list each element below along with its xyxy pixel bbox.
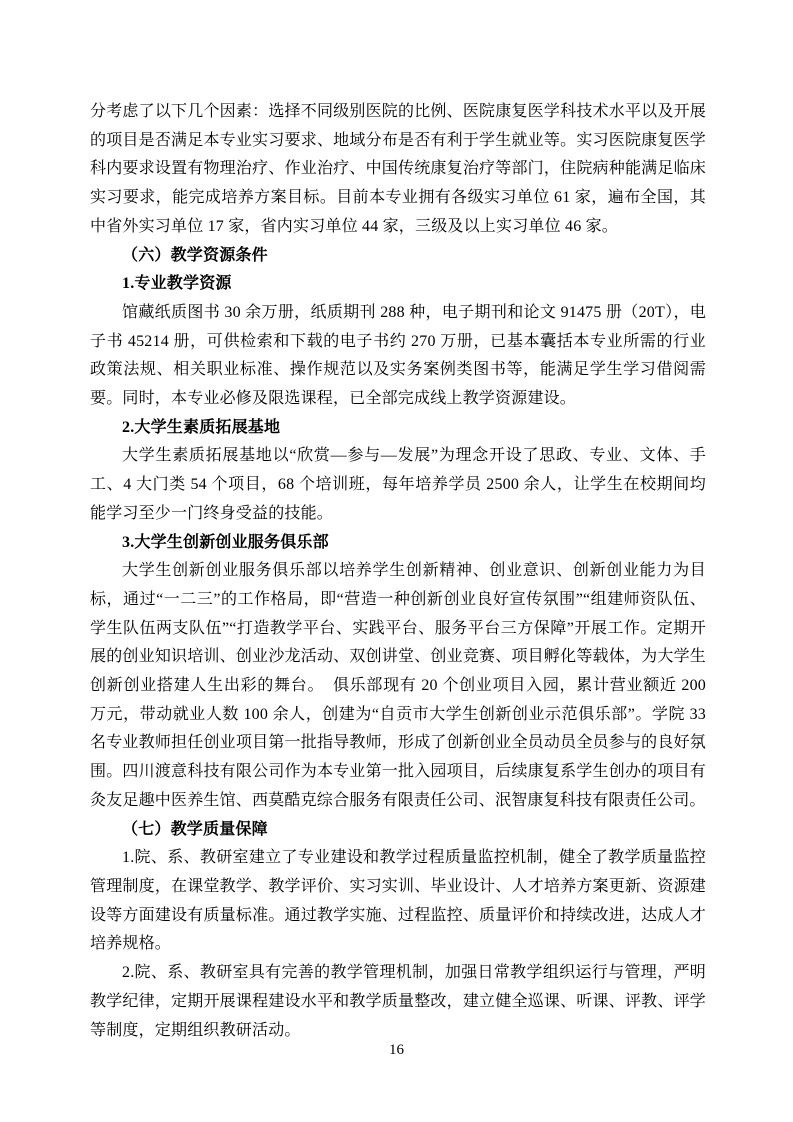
body-paragraph-library-resources: 馆藏纸质图书 30 余万册，纸质期刊 288 种，电子期刊和论文 91475 册… [90,299,706,414]
body-paragraph-teaching-management: 2.院、系、教研室具有完善的教学管理机制，加强日常教学组织运行与管理，严明教学纪… [90,959,706,1045]
subheading-professional-teaching-resources: 1.专业教学资源 [90,270,706,299]
document-content: 分考虑了以下几个因素：选择不同级别医院的比例、医院康复医学科技术水平以及开展的项… [90,98,706,1045]
section-heading-teaching-quality-assurance: （七）教学质量保障 [90,816,706,845]
body-paragraph-continued: 分考虑了以下几个因素：选择不同级别医院的比例、医院康复医学科技术水平以及开展的项… [90,98,706,242]
page-number: 16 [0,1040,793,1060]
body-paragraph-innovation-entrepreneurship-club: 大学生创新创业服务俱乐部以培养学生创新精神、创业意识、创新创业能力为目标，通过“… [90,557,706,815]
document-page: 分考虑了以下几个因素：选择不同级别医院的比例、医院康复医学科技术水平以及开展的项… [0,0,793,1122]
body-paragraph-quality-development-base: 大学生素质拓展基地以“欣赏—参与—发展”为理念开设了思政、专业、文体、手工、4 … [90,442,706,528]
subheading-quality-development-base: 2.大学生素质拓展基地 [90,414,706,443]
section-heading-teaching-resources: （六）教学资源条件 [90,242,706,271]
body-paragraph-quality-monitoring: 1.院、系、教研室建立了专业建设和教学过程质量监控机制，健全了教学质量监控管理制… [90,844,706,959]
subheading-innovation-entrepreneurship-club: 3.大学生创新创业服务俱乐部 [90,529,706,558]
